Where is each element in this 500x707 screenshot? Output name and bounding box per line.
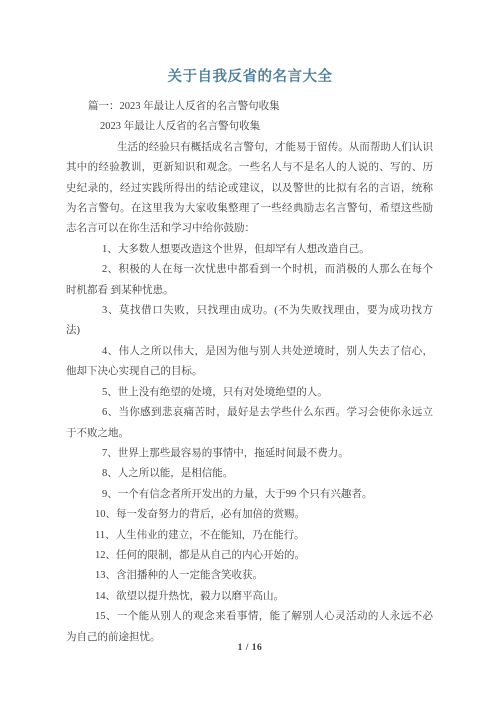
document-line: 其中的经验教训，更新知识和观念。一些名人与不是名人的人说的、写的、历 (66, 158, 433, 178)
document-line: 篇一：2023 年最让人反省的名言警句收集 (66, 97, 433, 117)
document-line: 志名言可以在你生活和学习中给你鼓励： (66, 219, 433, 239)
document-title: 关于自我反省的名言大全 (0, 67, 500, 88)
document-line: 于不败之地。 (66, 424, 433, 444)
document-line: 6、当你感到悲哀痛苦时，最好是去学些什么东西。学习会使你永远立 (66, 403, 433, 423)
document-line: 5、世上没有绝望的处境，只有对处境绝望的人。 (66, 383, 433, 403)
document-line: 2、积极的人在每一次忧患中都看到一个时机，而消极的人那么在每个 (66, 260, 433, 280)
document-line: 他却下决心实现自己的目标。 (66, 362, 433, 382)
document-page: 关于自我反省的名言大全 篇一：2023 年最让人反省的名言警句收集 2023 年… (0, 0, 500, 707)
document-line: 7、世界上那些最容易的事情中，拖延时间最不费力。 (66, 444, 433, 464)
document-line: 11、人生伟业的建立，不在能知，乃在能行。 (66, 526, 433, 546)
document-line: 生活的经验只有概括成名言警句，才能易于留传。从而帮助人们认识 (66, 138, 433, 158)
document-line: 13、含泪播种的人一定能含笑收获。 (66, 566, 433, 586)
document-line: 14、欲望以提升热忱，毅力以磨平高山。 (66, 587, 433, 607)
document-line: 9、一个有信念者所开发出的力量，大于99 个只有兴趣者。 (66, 485, 433, 505)
document-line: 史纪录的，经过实践所得出的结论或建议，以及警世的比拟有名的言语，统称 (66, 179, 433, 199)
document-line: 2023 年最让人反省的名言警句收集 (66, 117, 433, 137)
document-line: 4、伟人之所以伟大，是因为他与别人共处逆境时，别人失去了信心， (66, 342, 433, 362)
document-line: 15、一个能从别人的观念来看事情，能了解别人心灵活动的人永远不必 (66, 607, 433, 627)
document-body: 篇一：2023 年最让人反省的名言警句收集 2023 年最让人反省的名言警句收集… (66, 97, 433, 648)
document-line: 为名言警句。在这里我为大家收集整理了一些经典励志名言警句，希望这些励 (66, 199, 433, 219)
document-line: 1、大多数人想要改造这个世界，但却罕有人想改造自己。 (66, 240, 433, 260)
document-line: 3、莫找借口失败，只找理由成功。(不为失败找理由，要为成功找方 (66, 301, 433, 321)
document-line: 法) (66, 321, 433, 341)
document-line: 8、人之所以能，是相信能。 (66, 464, 433, 484)
page-number: 1 / 16 (0, 643, 500, 653)
document-line: 12、任何的限制，都是从自己的内心开始的。 (66, 546, 433, 566)
document-line: 时机都看 到某种忧患。 (66, 281, 433, 301)
document-line: 10、每一发奋努力的背后，必有加倍的赏赐。 (66, 505, 433, 525)
